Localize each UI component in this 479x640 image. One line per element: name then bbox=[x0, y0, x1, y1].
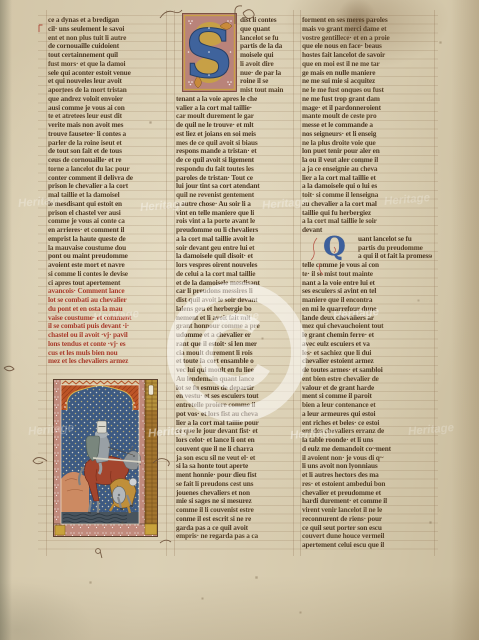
text-line: et de la damoisele mesdisant bbox=[176, 279, 292, 288]
text-line: ausi comme je vous ai con bbox=[48, 104, 166, 113]
text-line: jouenes chevaliers et non bbox=[176, 489, 292, 498]
text-line: lot se fu esmus de departir bbox=[176, 384, 292, 393]
red-paraph-mark bbox=[39, 25, 43, 32]
text-line: ja son escu sil ne veut el· et bbox=[176, 454, 292, 463]
text-line: valour et de grant harde bbox=[302, 384, 432, 393]
text-line: mez et les chevaliers armez bbox=[48, 357, 166, 366]
initial-letter: S bbox=[185, 15, 233, 92]
text-column-right: forment en ses meres parolesmais vo gran… bbox=[302, 16, 432, 550]
text-line: lors celot· et lance li ont en bbox=[176, 436, 292, 445]
text-line: comme il li couvenist estre bbox=[176, 506, 292, 515]
text-line: et qui nouveles leur avoit bbox=[48, 77, 166, 86]
text-line: a la cort mal taillie avoit le bbox=[176, 235, 292, 244]
text-line: nos seigneurs· et li enseig bbox=[302, 130, 432, 139]
text-line: ceus de cornouaille· et re bbox=[48, 156, 166, 165]
text-line: trouve fausetee· li contes a bbox=[48, 130, 166, 139]
text-line: Au lendemain quant lance bbox=[176, 375, 292, 384]
text-line: d eulz me demandoit co~ment bbox=[302, 445, 432, 454]
text-line: en arrieres· et comment il bbox=[48, 226, 166, 235]
text-line: au chevalier a la cort mal bbox=[302, 200, 432, 209]
text-line: lors vespres oirent nouveles bbox=[176, 261, 292, 270]
fallen-knight-helm bbox=[129, 478, 137, 486]
text-line: en vestu· et ses escuiers tout bbox=[176, 392, 292, 401]
text-line: avec eulz escuiers et va bbox=[302, 340, 432, 349]
text-line: grant honnour comme a pre bbox=[176, 322, 292, 331]
text-line: fust mors· et que la damoi bbox=[48, 60, 166, 69]
text-line: chevalier et preudomme et bbox=[302, 489, 432, 498]
text-line: pont ou maint preudomme bbox=[48, 252, 166, 261]
text-line: mal taillie et la damoisel bbox=[48, 191, 166, 200]
text-line: lot se combati au chevalier bbox=[48, 296, 166, 305]
text-line: te et atretees leur eust dit bbox=[48, 112, 166, 121]
text-line: toit· si comme il lenseigna bbox=[302, 191, 432, 200]
text-line: pot vos· et lors fist au cheva bbox=[176, 410, 292, 419]
text-line: du pont et en osta la mau bbox=[48, 305, 166, 314]
text-line: lon puet tenir pour aler en bbox=[302, 147, 432, 156]
knight-great-helm bbox=[97, 421, 107, 433]
text-column-left: ce a dynas et a bredigancil· uns seuleme… bbox=[48, 16, 166, 366]
text-line: couvert dune houce vermeil bbox=[302, 532, 432, 541]
text-line: valier a la cort mal taillie· bbox=[176, 104, 292, 113]
text-line: virent venir lancelot il ne le bbox=[302, 506, 432, 515]
text-line: et toute la cort ensamble o bbox=[176, 357, 292, 366]
text-line: vint en telle maniere que li bbox=[176, 209, 292, 218]
text-line: garda pas a ce quil avoit bbox=[176, 524, 292, 533]
text-line: lier a la cort mal taillie et bbox=[302, 174, 432, 183]
text-line: de toutes armes· et sambloi bbox=[302, 366, 432, 375]
text-line: avoient este mort et navre bbox=[48, 261, 166, 270]
text-line: chastel ou il avoit ·vj· pavil bbox=[48, 331, 166, 340]
filigree-initial-q: Q bbox=[319, 233, 350, 262]
text-line: conme il est escrit si ne re bbox=[176, 515, 292, 524]
text-line: aportees de la mort tristan bbox=[48, 86, 166, 95]
text-line: taillie qui fu herbergiez bbox=[302, 209, 432, 218]
text-line: lons tendus et conte ·vj· es bbox=[48, 340, 166, 349]
text-line: la ou il veut aler comme il bbox=[302, 156, 432, 165]
text-line: vec lui qui moult en fu liee bbox=[176, 366, 292, 375]
text-line: de cornouaille cuidoient bbox=[48, 42, 166, 51]
text-line: ce que le jour devant fist· et bbox=[176, 427, 292, 436]
text-line: mez qui chevauchoient tout bbox=[302, 322, 432, 331]
ruling-vertical bbox=[166, 10, 167, 556]
parchment-stain bbox=[0, 582, 95, 640]
ruling-vertical bbox=[46, 10, 47, 556]
text-line: que en moi est il ne me tar bbox=[302, 60, 432, 69]
text-line: si comme li contes le devise bbox=[48, 270, 166, 279]
miniature-knight-scene bbox=[53, 379, 158, 537]
text-line: forment en ses meres paroles bbox=[302, 16, 432, 25]
text-line: prison el chastel ver ausi bbox=[48, 209, 166, 218]
text-line: que ele nous en face· beaus bbox=[302, 42, 432, 51]
text-line: torne a lancelot du lac pour bbox=[48, 165, 166, 174]
text-line: la mauvaise coustume dou bbox=[48, 244, 166, 253]
text-line: soir devant geu entre lui et bbox=[176, 244, 292, 253]
text-line: a la damoisele qui o lui es bbox=[302, 182, 432, 191]
text-line: te· il se mist tout mainte bbox=[302, 270, 432, 279]
ruling-vertical bbox=[293, 10, 294, 556]
text-line: comme je vous ai conte ca bbox=[48, 217, 166, 226]
text-line: le grant chemin ferre· et bbox=[302, 331, 432, 340]
page-edge-shading bbox=[0, 576, 479, 640]
text-line: mie si sages ne si mesurez bbox=[176, 497, 292, 506]
gutter-shadow bbox=[0, 0, 12, 640]
text-line: car li preudons messires li bbox=[176, 287, 292, 296]
text-line: se fait li preudons cest uns bbox=[176, 480, 292, 489]
text-line: bien a leur contenance et bbox=[302, 401, 432, 410]
text-line: ent bien estre chevalier de bbox=[302, 375, 432, 384]
text-line: ne me sui mie si acquitez bbox=[302, 77, 432, 86]
text-line: respondu du fait toutes les bbox=[176, 165, 292, 174]
text-line: nant a la voie entre lui et bbox=[302, 279, 432, 288]
text-line: ce quil seut porter son escu bbox=[302, 524, 432, 533]
text-line: parler de la roine iseut et bbox=[48, 139, 166, 148]
text-line: ment si comme il paroit bbox=[302, 392, 432, 401]
text-line: a autre chose· Au soir li a bbox=[176, 200, 292, 209]
text-line: ce a dynas et a bredigan bbox=[48, 16, 166, 25]
text-line: entretelle proiere comme il bbox=[176, 401, 292, 410]
ruling-vertical bbox=[174, 10, 175, 556]
text-line: messe et le commande a bbox=[302, 121, 432, 130]
text-line: paroles de tristan· Tout ce bbox=[176, 174, 292, 183]
text-line: il se combati puis devant ·i· bbox=[48, 322, 166, 331]
text-line: reconnurent de riens· pour bbox=[302, 515, 432, 524]
text-line: quil ne revenist gentement bbox=[176, 191, 292, 200]
text-line: couvent que il ne li charra bbox=[176, 445, 292, 454]
text-line: chevalier estoient armez bbox=[302, 357, 432, 366]
text-line: rois vint a la porte avant le bbox=[176, 217, 292, 226]
text-line: sele qui aconter estoit venue bbox=[48, 69, 166, 78]
pen-flourish bbox=[96, 549, 101, 554]
text-line: ent et non plus tuit li autre bbox=[48, 34, 166, 43]
text-line: et li autres hectors des ma bbox=[302, 471, 432, 480]
ruling-vertical bbox=[300, 10, 301, 556]
text-line: ne me fust trop grant dam bbox=[302, 95, 432, 104]
pen-flourish bbox=[160, 540, 171, 543]
text-line: tenant a la voie apres le che bbox=[176, 95, 292, 104]
text-line: avancois· Comment lance bbox=[48, 287, 166, 296]
text-line: de quil ne le trouve· et mlt bbox=[176, 121, 292, 130]
text-line: la damoisele quil disoit· et bbox=[176, 252, 292, 261]
parchment-specks bbox=[0, 0, 1, 1]
text-line: empris· ne regarda pas a ca bbox=[176, 532, 292, 541]
ruling-vertical bbox=[434, 10, 435, 556]
text-line: cus et les muls bien nou bbox=[48, 349, 166, 358]
text-line: conter comment il delivra de bbox=[48, 174, 166, 183]
text-line: de ce quil avoit si ligement bbox=[176, 156, 292, 165]
text-line: a ja ce enseignie au cheva bbox=[302, 165, 432, 174]
text-line: ne le me fust onques ou fust bbox=[302, 86, 432, 95]
text-line: ment honnie· pour dieu fist bbox=[176, 471, 292, 480]
text-line: il avoient non· je vous di q~ bbox=[302, 454, 432, 463]
text-line: mais vo grant merci dame et bbox=[302, 25, 432, 34]
text-line: la table roonde· et li uns bbox=[302, 436, 432, 445]
text-line: apertement celui escu que il bbox=[302, 541, 432, 550]
text-line: ent des chevaliers erranz de bbox=[302, 427, 432, 436]
text-line: laiens geu et herbergie bo bbox=[176, 305, 292, 314]
text-line: est liez et joians en soi meis bbox=[176, 130, 292, 139]
text-line: udomme et a chevalier er bbox=[176, 331, 292, 340]
text-line: ent riches et beles· ce estoi bbox=[302, 419, 432, 428]
text-line: hardi durement· et comme il bbox=[302, 497, 432, 506]
text-line: ge mais en nulle maniere bbox=[302, 69, 432, 78]
text-line: mes de ce quil avoit si biaus bbox=[176, 139, 292, 148]
text-line: de celui a la cort mal taillie bbox=[176, 270, 292, 279]
manuscript-page: ce a dynas et a bredigancil· uns seuleme… bbox=[0, 0, 479, 640]
text-line: verite mais non avoit mes bbox=[48, 121, 166, 130]
pen-flourish bbox=[100, 552, 102, 558]
gold-corner-square bbox=[55, 526, 65, 536]
text-line: en mi le quarrefour dune bbox=[302, 305, 432, 314]
text-line: mante moult de ceste pro bbox=[302, 112, 432, 121]
page-edge-shading bbox=[451, 0, 479, 640]
text-line: cia moult durement li rois bbox=[176, 349, 292, 358]
text-line: les· et sachiez que li dui bbox=[302, 349, 432, 358]
text-column-middle: dist li contesque quantlancelot se fupar… bbox=[176, 16, 292, 541]
text-line: rant que il estoit· si len mer bbox=[176, 340, 292, 349]
text-line: telle comme je vous ai con bbox=[302, 261, 432, 270]
text-line: maniere que il encontra bbox=[302, 296, 432, 305]
text-line: lui jour tint sa cort atendant bbox=[176, 182, 292, 191]
text-line: preudomme ou li chevaliers bbox=[176, 226, 292, 235]
text-line: le mesdisant qui estoit en bbox=[48, 200, 166, 209]
rubric-block: avancois· Comment lancelot se combati au… bbox=[48, 287, 166, 366]
text-line: vaise coustume· et comment bbox=[48, 314, 166, 323]
gold-corner-square bbox=[145, 524, 157, 535]
illuminated-initial-s: S bbox=[182, 13, 237, 92]
text-line: que andrez voloit envoier bbox=[48, 95, 166, 104]
text-line: respons mande a tristan· et bbox=[176, 147, 292, 156]
text-line: lier a la cort mal taillie pour bbox=[176, 419, 292, 428]
text-line: li uns avoit non lyonniaus bbox=[302, 462, 432, 471]
text-line: si la sa honte tout aperte bbox=[176, 462, 292, 471]
text-line: a la cort mal taillie le soir bbox=[302, 217, 432, 226]
text-line: car moult durement le gar bbox=[176, 112, 292, 121]
text-line: tout certainnement quil bbox=[48, 51, 166, 60]
text-line: lande deux chevaliers ar bbox=[302, 314, 432, 323]
text-line: ne la plus droite voie que bbox=[302, 139, 432, 148]
pen-flourish bbox=[4, 366, 14, 371]
text-line: hostes fait lancelot de savoir bbox=[302, 51, 432, 60]
text-line: res· et estoient ambedui bon bbox=[302, 480, 432, 489]
text-block: ce a dynas et a bredigancil· uns seuleme… bbox=[48, 16, 166, 287]
text-line: ses escuiers si avint en tel bbox=[302, 287, 432, 296]
text-line: prison le chevalier a la cort bbox=[48, 182, 166, 191]
text-line: vostre gentillece· et en a proie bbox=[302, 34, 432, 43]
miniature-tower bbox=[145, 380, 157, 524]
text-line: mage· et il pardonneroient bbox=[302, 104, 432, 113]
text-line: dist quil avoit le soir devant bbox=[176, 296, 292, 305]
text-line: cil· uns seulement le savoi bbox=[48, 25, 166, 34]
text-line: de tout son fait et de tous bbox=[48, 147, 166, 156]
text-line: ci apres tout apertement bbox=[48, 279, 166, 288]
text-line: emprist la haute queste de bbox=[48, 235, 166, 244]
miniature-ground-mound bbox=[61, 472, 89, 512]
text-line: nement et li avoit fait mlt bbox=[176, 314, 292, 323]
pen-flourish bbox=[33, 458, 47, 464]
text-line: a leur armeures qui estoi bbox=[302, 410, 432, 419]
